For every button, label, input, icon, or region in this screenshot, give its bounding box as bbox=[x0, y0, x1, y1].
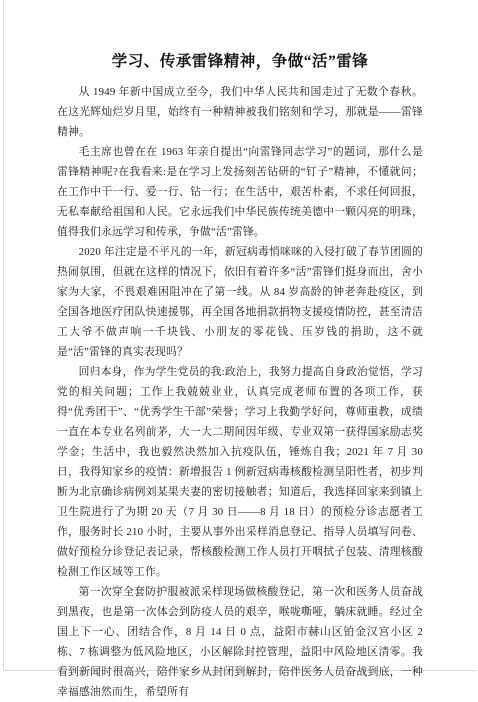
paragraph-personal-deeds: 回归本身，作为学生党员的我:政治上，我努力提高自身政治觉悟，学习党的相关问题；工… bbox=[57, 362, 423, 582]
paragraph-lei-feng-spirit: 毛主席也曾在在 1963 年亲自提出“向雷锋同志学习”的题词，那什么是雷锋精神呢… bbox=[57, 142, 423, 242]
document-page: 学习、传承雷锋精神，争做“活”雷锋 从 1949 年新中国成立至今，我们中华人民… bbox=[3, 0, 477, 671]
paragraph-2020-pandemic: 2020 年注定是不平凡的一年，新冠病毒悄咪咪的入侵打破了春节团圆的热闹氛围，但… bbox=[57, 242, 423, 362]
paragraph-intro: 从 1949 年新中国成立至今，我们中华人民共和国走过了无数个春秋。在这光辉灿烂… bbox=[57, 82, 423, 142]
paragraph-volunteer-experience: 第一次穿全套防护服被派采样现场做核酸登记，第一次和医务人员奋战到黑夜，也是第一次… bbox=[57, 582, 423, 675]
document-content: 学习、传承雷锋精神，争做“活”雷锋 从 1949 年新中国成立至今，我们中华人民… bbox=[4, 0, 477, 675]
document-title: 学习、传承雷锋精神，争做“活”雷锋 bbox=[57, 50, 423, 74]
